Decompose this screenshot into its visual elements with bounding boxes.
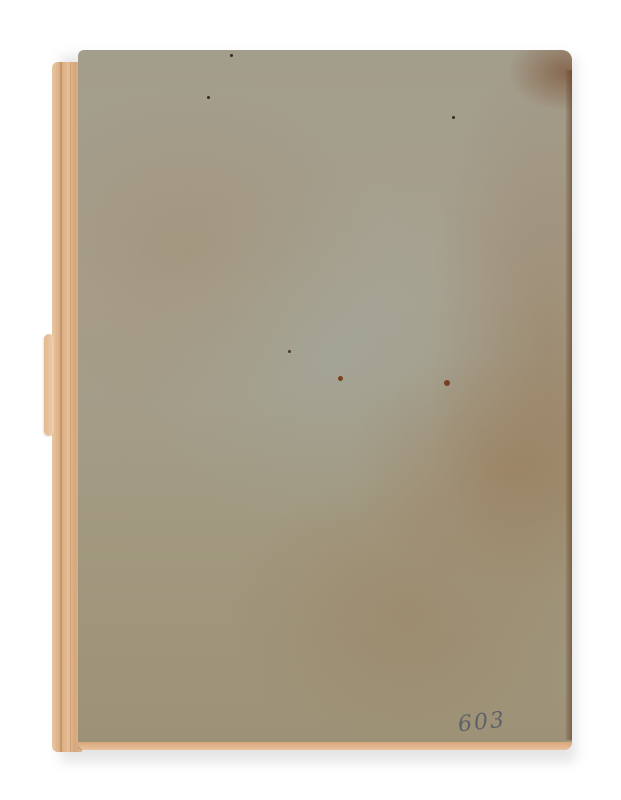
stain-spot (230, 54, 233, 57)
stain-spot (207, 96, 210, 99)
stain-spot (338, 376, 343, 381)
stain-spot (444, 380, 450, 386)
handwritten-number: 603 (457, 708, 507, 738)
spine-paper-tab (44, 334, 54, 436)
bottom-page-edge (78, 742, 572, 750)
stain-spot (288, 350, 291, 353)
stain-spot (452, 116, 455, 119)
worn-right-edge (566, 70, 572, 740)
back-cover (78, 50, 572, 750)
old-booklet: 603 (52, 50, 572, 756)
